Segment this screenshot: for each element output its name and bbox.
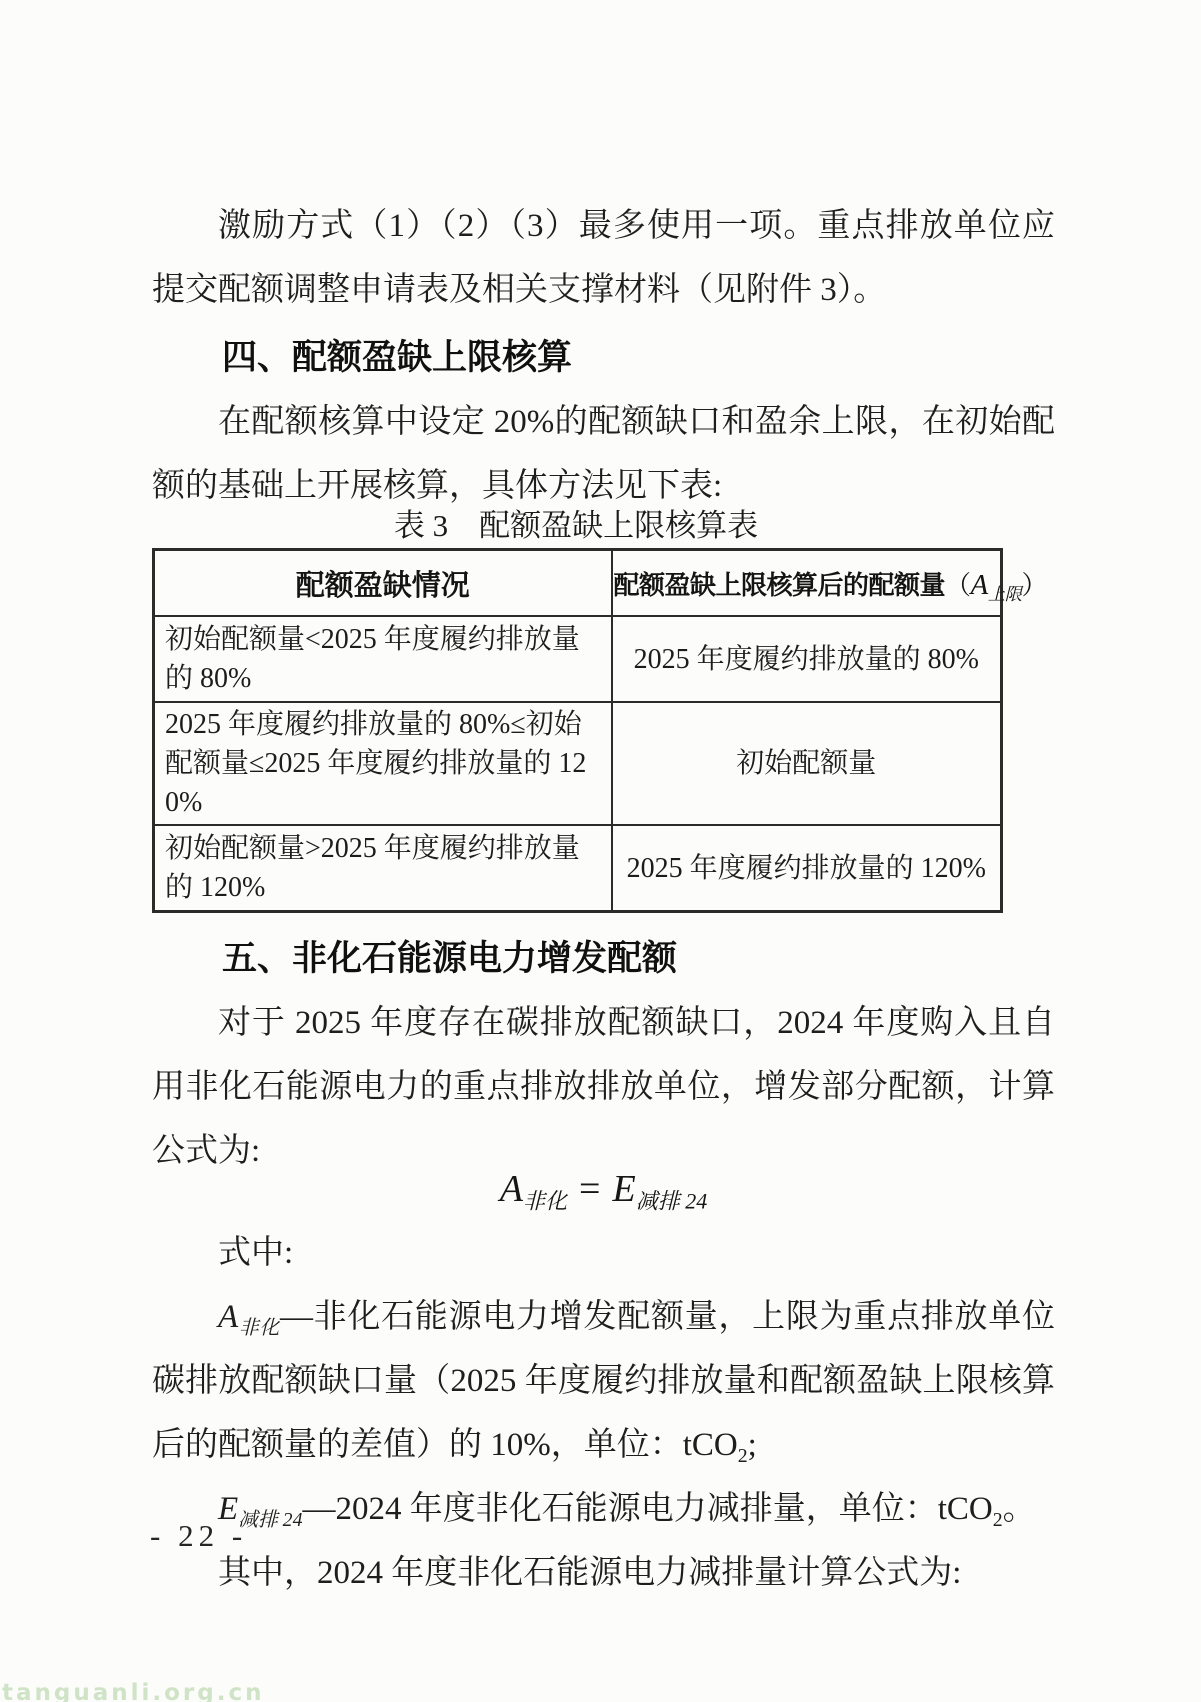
header-col2-close-paren: ）: [1022, 571, 1048, 600]
variable-a-nonfossil: A非化: [218, 1299, 280, 1335]
formula-rhs-subscript: 减排 24: [636, 1189, 708, 1214]
header-col2-text: 配额盈缺上限核算后的配额量: [614, 570, 946, 600]
header-cell-situation: 配额盈缺情况: [154, 550, 612, 617]
condition-cell-row2: 2025 年度履约排放量的 80%≤初始配额量≤2025 年度履约排放量的 12…: [154, 702, 612, 825]
document-page: 激励方式（1）（2）（3）最多使用一项。重点排放单位应提交配额调整申请表及相关支…: [0, 0, 1201, 1702]
variable-e-reduction-subscript: 减排 24: [238, 1509, 302, 1531]
header-cell-capped-amount: 配额盈缺上限核算后的配额量（A上限）: [612, 550, 1002, 617]
formula-rhs-base: E: [612, 1168, 635, 1210]
definition-a-tail: ;: [748, 1427, 757, 1463]
variable-a-nonfossil-base: A: [218, 1299, 238, 1335]
variable-a-cap: A上限: [971, 569, 1022, 601]
section4-paragraph: 在配额核算中设定 20%的配额缺口和盈余上限，在初始配额的基础上开展核算，具体方…: [152, 390, 1055, 518]
table-row: 初始配额量>2025 年度履约排放量的 120% 2025 年度履约排放量的 1…: [154, 825, 1002, 912]
page-number: - 22 -: [150, 1520, 247, 1551]
definition-e-tail: 。: [1003, 1491, 1036, 1527]
definition-e-paragraph: E减排 24—2024 年度非化石能源电力减排量，单位：tCO2。: [152, 1477, 1055, 1541]
paragraph-incentive: 激励方式（1）（2）（3）最多使用一项。重点排放单位应提交配额调整申请表及相关支…: [152, 194, 1055, 322]
table-header-row: 配额盈缺情况 配额盈缺上限核算后的配额量（A上限）: [154, 550, 1002, 617]
table-row: 初始配额量<2025 年度履约排放量的 80% 2025 年度履约排放量的 80…: [154, 616, 1002, 702]
condition-cell-row1: 初始配额量<2025 年度履约排放量的 80%: [154, 616, 612, 702]
table-row: 2025 年度履约排放量的 80%≤初始配额量≤2025 年度履约排放量的 12…: [154, 702, 1002, 825]
formula-lhs-subscript: 非化: [523, 1189, 567, 1214]
formula-equals-sign: =: [579, 1168, 600, 1210]
section5-paragraph: 对于 2025 年度存在碳排放配额缺口，2024 年度购入且自用非化石能源电力的…: [152, 991, 1055, 1183]
header-col2-open-paren: （: [945, 571, 971, 600]
where-label: 式中:: [152, 1221, 1055, 1285]
section5-heading: 五、非化石能源电力增发配额: [152, 927, 1055, 991]
definition-a-paragraph: A非化—非化石能源电力增发配额量，上限为重点排放单位碳排放配额缺口量（2025 …: [152, 1285, 1055, 1477]
section4-heading: 四、配额盈缺上限核算: [152, 326, 1055, 390]
definition-a-dash: —: [280, 1299, 313, 1335]
unit-tco2-subscript-2: 2: [993, 1509, 1003, 1531]
condition-cell-row3: 初始配额量>2025 年度履约排放量的 120%: [154, 825, 612, 912]
result-cell-row1: 2025 年度履约排放量的 80%: [612, 616, 1002, 702]
closing-paragraph: 其中，2024 年度非化石能源电力减排量计算公式为:: [152, 1541, 1055, 1605]
definition-e-text: 2024 年度非化石能源电力减排量，单位：tCO: [335, 1491, 992, 1527]
variable-a-cap-subscript: 上限: [988, 584, 1022, 604]
formula-lhs-base: A: [500, 1168, 523, 1210]
formula-nonfossil-allowance: A非化=E减排 24: [152, 1157, 1055, 1221]
definition-e-dash: —: [302, 1491, 335, 1527]
variable-a-cap-base: A: [971, 569, 988, 601]
unit-tco2-subscript: 2: [738, 1445, 748, 1467]
watermark: tanguanli.org.cn: [2, 1680, 264, 1702]
variable-a-nonfossil-subscript: 非化: [238, 1317, 280, 1339]
result-cell-row3: 2025 年度履约排放量的 120%: [612, 825, 1002, 912]
quota-cap-table: 配额盈缺情况 配额盈缺上限核算后的配额量（A上限） 初始配额量<2025 年度履…: [152, 548, 1003, 913]
result-cell-row2: 初始配额量: [612, 702, 1002, 825]
